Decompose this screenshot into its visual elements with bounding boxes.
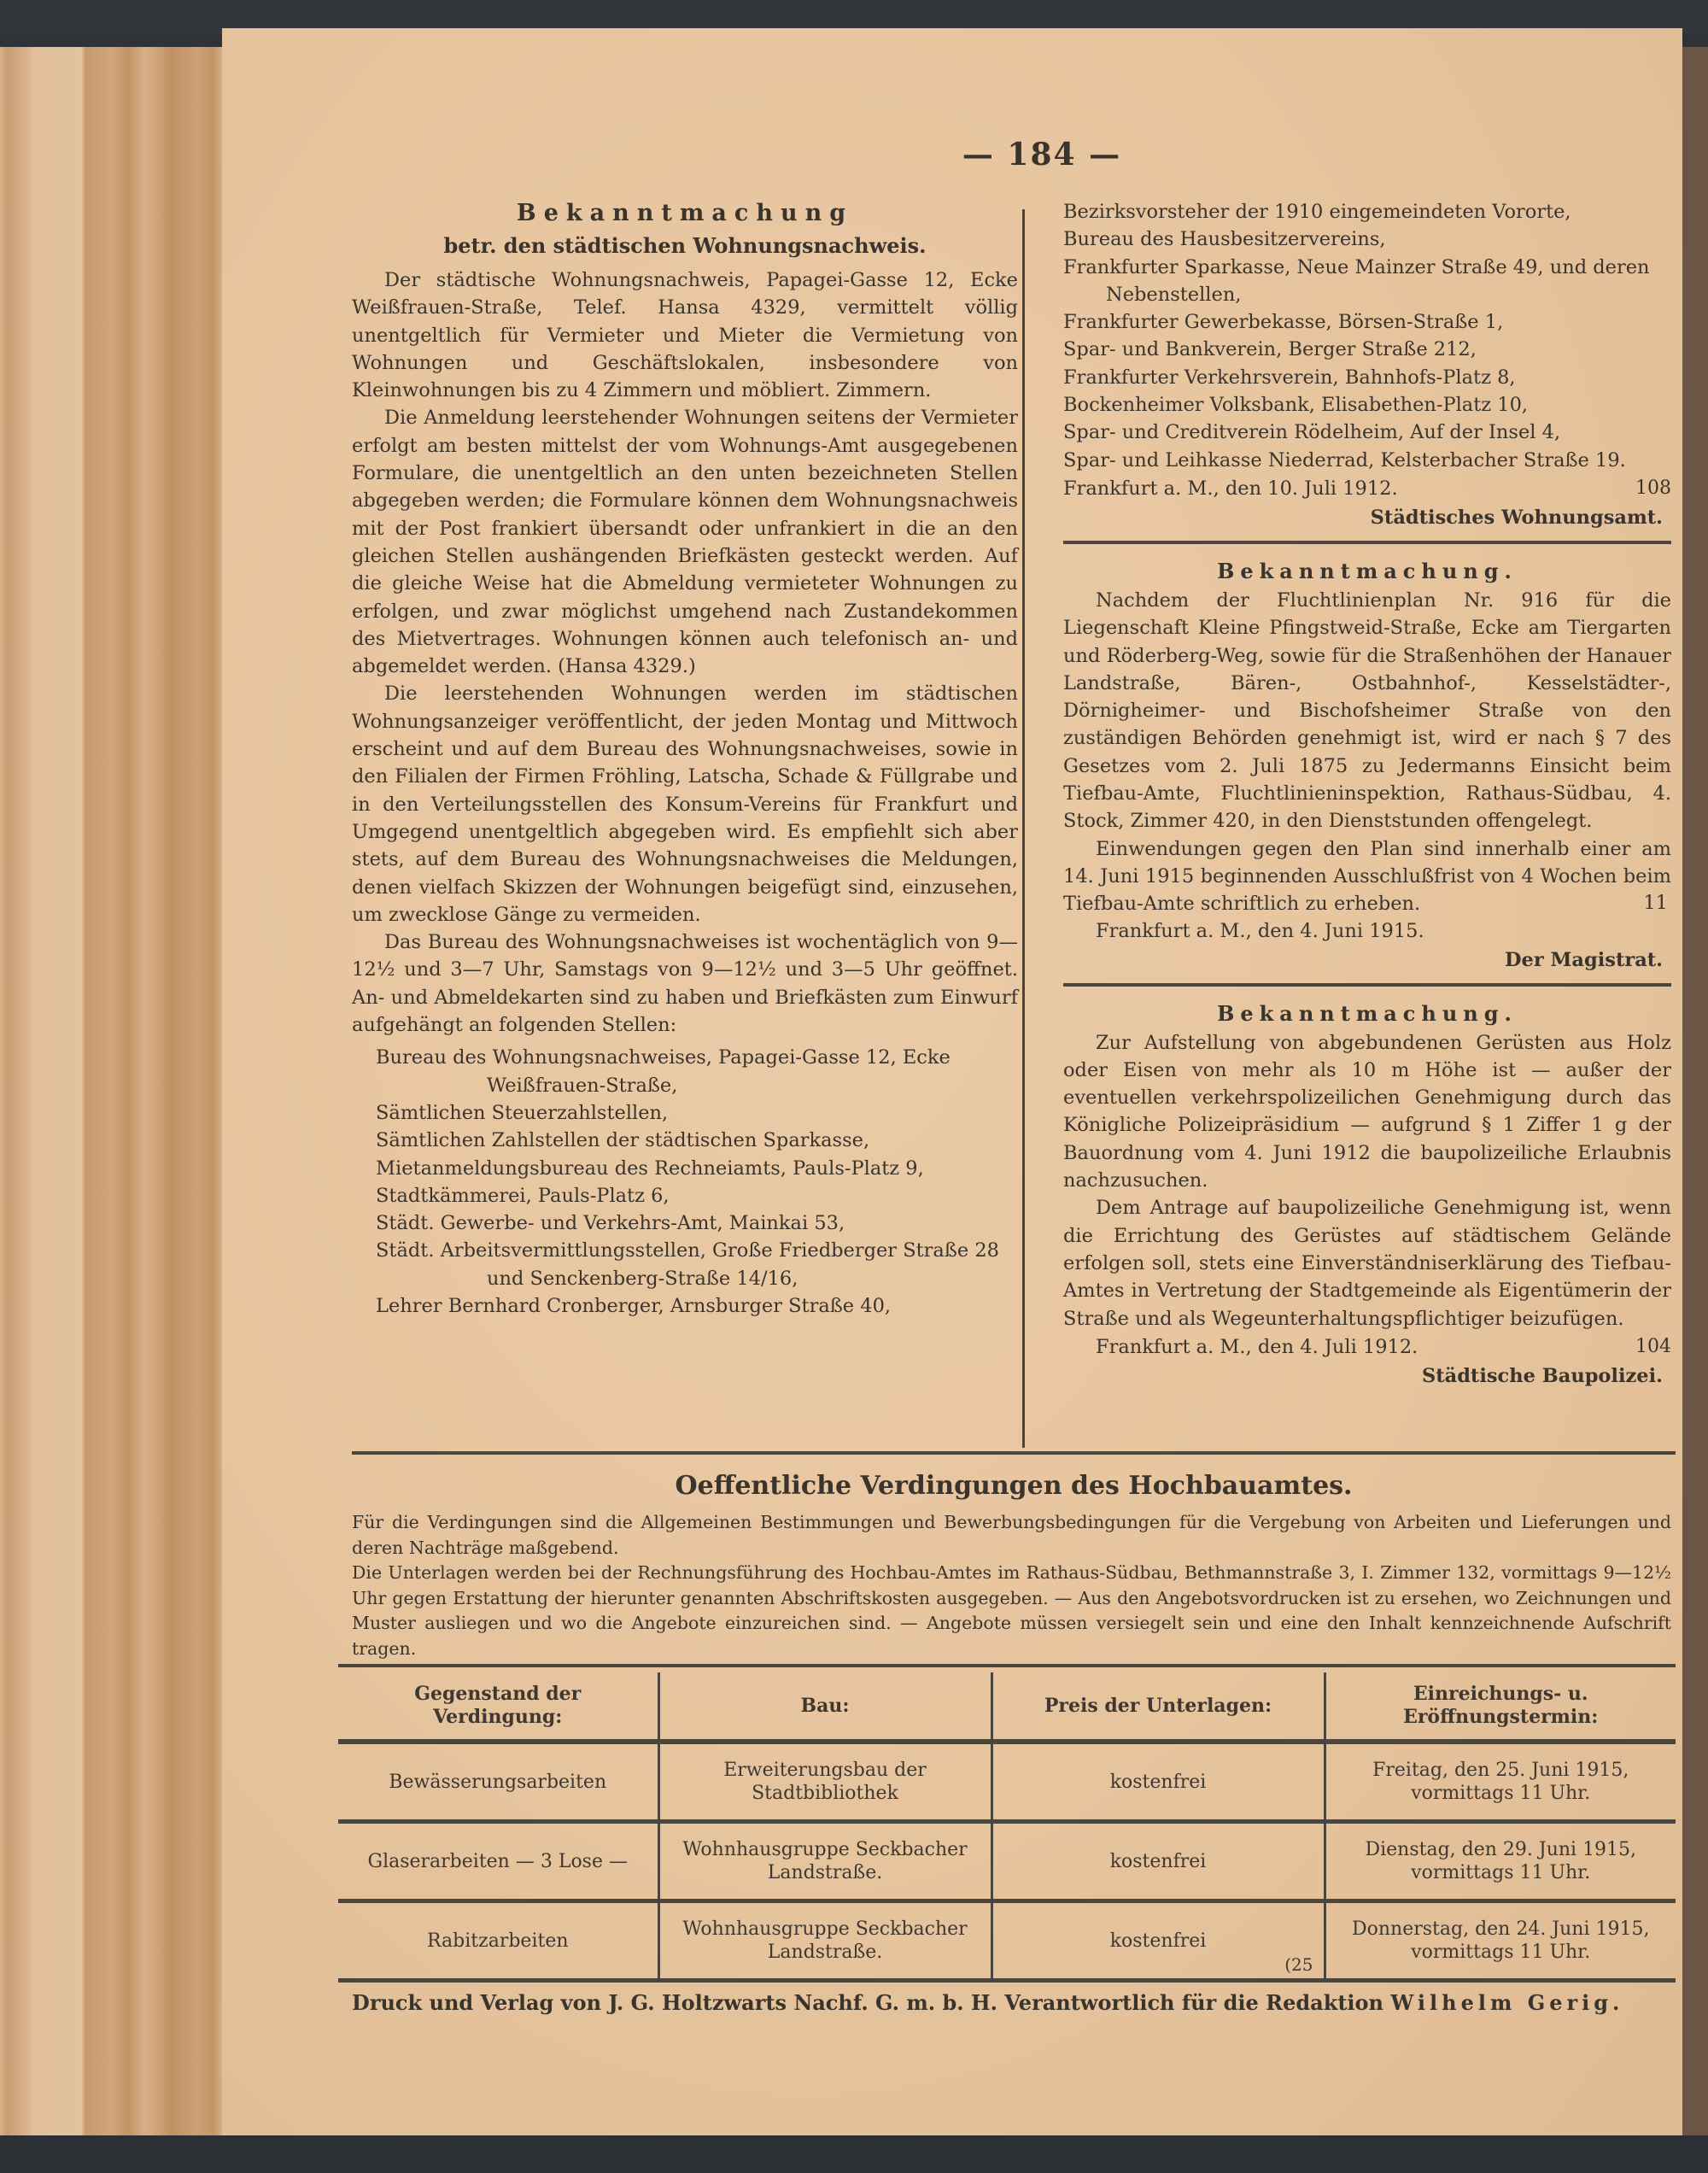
notice-subheading: betr. den städtischen Wohnungsnachweis. [352, 231, 1018, 261]
table-cell-text: kostenfrei [1110, 1930, 1207, 1952]
paragraph: Die leerstehenden Wohnungen werden im st… [352, 680, 1018, 928]
list-item: Frankfurter Verkehrsverein, Bahnhofs-Pla… [1063, 364, 1671, 391]
list-item: Sämtlichen Steuerzahlstellen, [352, 1099, 1018, 1127]
section-rule [1063, 541, 1671, 544]
reference-number: 104 [1635, 1332, 1671, 1362]
table-top-rule [338, 1664, 1676, 1667]
list-item: Lehrer Bernhard Cronberger, Arnsburger S… [352, 1292, 1018, 1320]
table-row: Bewässerungsarbeiten Erweiterungsbau der… [338, 1742, 1676, 1822]
notice-heading: Bekanntmachung [352, 198, 1018, 229]
table-cell: Erweiterungsbau der Stadtbibliothek [658, 1742, 991, 1822]
verdingungen-table: Gegenstand der Verdingung: Bau: Preis de… [338, 1672, 1676, 1983]
page-right-edge [1682, 47, 1708, 2135]
column-divider [1022, 209, 1025, 1448]
right-column: Bezirksvorsteher der 1910 eingemeindeten… [1063, 198, 1671, 1391]
reference-number: 108 [1635, 474, 1671, 503]
column-header: Preis der Unterlagen: [991, 1672, 1325, 1742]
left-column: Bekanntmachung betr. den städtischen Woh… [352, 198, 1018, 1320]
table-cell: Bewässerungsarbeiten [338, 1742, 658, 1822]
section-intro: Für die Verdingungen sind die Allgemeine… [352, 1510, 1671, 1661]
list-item: Bockenheimer Volksbank, Elisabethen-Plat… [1063, 391, 1671, 419]
location-list-continued: Bezirksvorsteher der 1910 eingemeindeten… [1063, 198, 1671, 474]
paragraph: Dem Antrage auf baupolizeiliche Genehmig… [1063, 1194, 1671, 1332]
list-item: Spar- und Creditverein Rödelheim, Auf de… [1063, 419, 1671, 446]
list-item: Städt. Gewerbe- und Verkehrs-Amt, Mainka… [352, 1209, 1018, 1237]
paragraph: Nachdem der Fluchtlinienplan Nr. 916 für… [1063, 587, 1671, 835]
list-item: Spar- und Leihkasse Niederrad, Kelsterba… [1063, 447, 1671, 474]
table-cell: Dienstag, den 29. Juni 1915, vormittags … [1325, 1822, 1676, 1901]
signature: Städtische Baupolizei. [1063, 1362, 1671, 1391]
book-cover-bottom [0, 2135, 1708, 2173]
list-item: Sämtlichen Zahlstellen der städtischen S… [352, 1127, 1018, 1154]
section-title: Oeffentliche Verdingungen des Hochbauamt… [352, 1471, 1676, 1501]
imprint-footer: Druck und Verlag von J. G. Holtzwarts Na… [352, 1990, 1684, 2016]
paragraph: Die Anmeldung leerstehender Wohnungen se… [352, 404, 1018, 680]
place-date-line: Frankfurt a. M., den 4. Juni 1915. [1063, 917, 1671, 946]
notice-heading: Bekanntmachung. [1063, 999, 1671, 1029]
table-cell: Glaserarbeiten — 3 Lose — [338, 1822, 658, 1901]
table-cell: kostenfrei (25 [991, 1901, 1325, 1981]
location-list: Bureau des Wohnungsnachweises, Papagei-G… [352, 1044, 1018, 1320]
place-date-line: Frankfurt a. M., den 10. Juli 1912. 108 [1063, 474, 1671, 503]
notice-heading: Bekanntmachung. [1063, 556, 1671, 587]
table-cell: kostenfrei [991, 1822, 1325, 1901]
page-number: — 184 — [939, 137, 1144, 173]
table-cell: Freitag, den 25. Juni 1915, vormittags 1… [1325, 1742, 1676, 1822]
signature: Der Magistrat. [1063, 946, 1671, 975]
list-item: Spar- und Bankverein, Berger Straße 212, [1063, 336, 1671, 363]
reference-number: (25 [1284, 1953, 1313, 1977]
list-item: Bureau des Wohnungsnachweises, Papagei-G… [352, 1044, 1018, 1099]
page-stack-edge [0, 47, 224, 2135]
signature: Städtisches Wohnungsamt. [1063, 503, 1671, 532]
list-item: Bureau des Hausbesitzervereins, [1063, 225, 1671, 253]
list-item: Stadtkämmerei, Pauls-Platz 6, [352, 1182, 1018, 1209]
list-item: Bezirksvorsteher der 1910 eingemeindeten… [1063, 198, 1671, 225]
place-date-line: Frankfurt a. M., den 4. Juli 1912. 104 [1063, 1332, 1671, 1362]
paragraph: Die Unterlagen werden bei der Rechnungsf… [352, 1561, 1671, 1661]
table-header-row: Gegenstand der Verdingung: Bau: Preis de… [338, 1672, 1676, 1742]
section-rule [352, 1451, 1676, 1455]
column-header: Bau: [658, 1672, 991, 1742]
editor-name: Wilhelm Gerig. [1390, 1990, 1623, 2015]
table-cell: Donnerstag, den 24. Juni 1915, vormittag… [1325, 1901, 1676, 1981]
table-cell: Wohnhausgruppe Seckbacher Landstraße. [658, 1822, 991, 1901]
section-rule [1063, 983, 1671, 987]
place-date: Frankfurt a. M., den 10. Juli 1912. [1063, 474, 1398, 503]
table-cell: Wohnhausgruppe Seckbacher Landstraße. [658, 1901, 991, 1981]
table-cell: kostenfrei [991, 1742, 1325, 1822]
paragraph: Der städtische Wohnungsnachweis, Papagei… [352, 266, 1018, 404]
list-item: Frankfurter Sparkasse, Neue Mainzer Stra… [1063, 254, 1671, 309]
printer-credit: Druck und Verlag von J. G. Holtzwarts Na… [352, 1990, 997, 2015]
table-row: Rabitzarbeiten Wohnhausgruppe Seckbacher… [338, 1901, 1676, 1981]
paragraph: Zur Aufstellung von abgebundenen Gerüste… [1063, 1029, 1671, 1195]
place-date: Frankfurt a. M., den 4. Juli 1912. [1096, 1332, 1418, 1362]
column-header: Einreichungs- u. Eröffnungstermin: [1325, 1672, 1676, 1742]
list-item: Frankfurter Gewerbekasse, Börsen-Straße … [1063, 308, 1671, 336]
list-item: Städt. Arbeitsvermittlungsstellen, Große… [352, 1237, 1018, 1292]
paragraph: Für die Verdingungen sind die Allgemeine… [352, 1510, 1671, 1561]
table-cell: Rabitzarbeiten [338, 1901, 658, 1981]
table-row: Glaserarbeiten — 3 Lose — Wohnhausgruppe… [338, 1822, 1676, 1901]
paragraph: Das Bureau des Wohnungsnachweises ist wo… [352, 928, 1018, 1039]
editor-credit-prefix: Verantwortlich für die Redaktion [1004, 1990, 1383, 2015]
column-header: Gegenstand der Verdingung: [338, 1672, 658, 1742]
place-date: Frankfurt a. M., den 4. Juni 1915. [1096, 917, 1424, 946]
list-item: Mietanmeldungsbureau des Rechneiamts, Pa… [352, 1155, 1018, 1182]
